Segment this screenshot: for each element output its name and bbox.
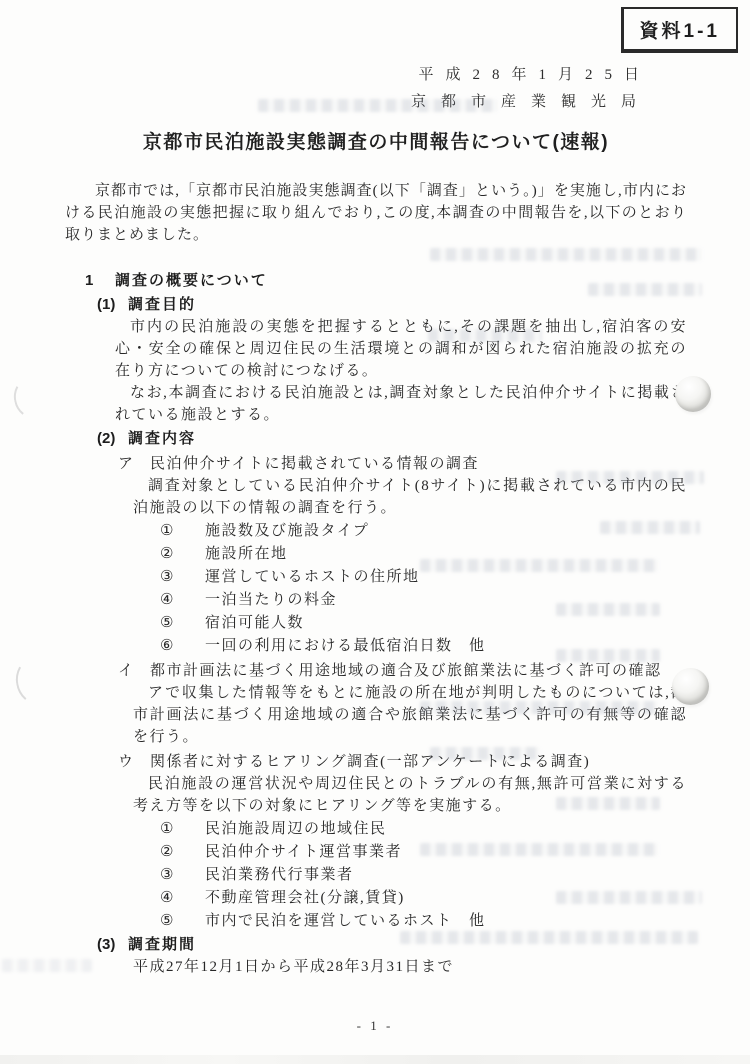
list-text: 施設所在地 xyxy=(205,543,288,565)
bleed-through-artifact xyxy=(588,283,702,296)
list-marker: ④ xyxy=(160,589,205,611)
document-page: 資料1-1 平成28年1月25日 京都市産業観光局 京都市民泊施設実態調査の中間… xyxy=(0,0,750,1064)
list-text: 宿泊可能人数 xyxy=(205,612,304,634)
list-text: 不動産管理会社(分譲,賃貸) xyxy=(205,887,405,909)
bleed-through-artifact xyxy=(556,649,660,662)
item-i-heading: イ 都市計画法に基づく用途地域の適合及び旅館業法に基づく許可の確認 xyxy=(118,660,687,682)
list-text: 一泊当たりの料金 xyxy=(205,589,337,611)
item-u-heading: ウ 関係者に対するヒアリング調査(一部アンケートによる調査) xyxy=(118,751,687,773)
list-text: 民泊仲介サイト運営事業者 xyxy=(205,841,402,863)
bleed-through-artifact xyxy=(556,891,702,904)
subsection-1-label: (1) xyxy=(97,294,128,316)
list-item: ①民泊施設周辺の地域住民 xyxy=(160,817,687,840)
subsection-3-title: 調査期間 xyxy=(128,934,196,956)
purpose-paragraph-1: 市内の民泊施設の実態を把握するとともに,その課題を抽出し,宿泊客の安心・安全の確… xyxy=(115,316,687,382)
bleed-through-artifact xyxy=(430,747,540,760)
hole-punch-outline xyxy=(12,655,57,707)
bleed-through-artifact xyxy=(420,701,658,714)
survey-period-text: 平成27年12月1日から平成28年3月31日まで xyxy=(133,956,687,978)
doc-label-box: 資料1-1 xyxy=(621,7,738,53)
list-marker: ⑤ xyxy=(160,910,205,932)
bleed-through-artifact xyxy=(600,521,700,534)
list-item: ⑤市内で民泊を運営しているホスト 他 xyxy=(160,909,687,932)
doc-label: 資料1-1 xyxy=(640,21,720,42)
item-u-body: 民泊施設の運営状況や周辺住民とのトラブルの有無,無許可営業に対する考え方等を以下… xyxy=(133,773,687,817)
list-marker: ④ xyxy=(160,887,205,909)
document-date: 平成28年1月25日 xyxy=(65,62,651,89)
item-a-kana: ア xyxy=(118,453,150,475)
bleed-through-artifact xyxy=(420,843,658,856)
bleed-through-artifact xyxy=(420,559,658,572)
subsection-2-heading: (2) 調査内容 xyxy=(97,428,687,450)
list-marker: ③ xyxy=(160,566,205,588)
scan-edge-artifact xyxy=(0,1055,750,1064)
bleed-through-artifact xyxy=(258,99,498,112)
list-text: 運営しているホストの住所地 xyxy=(205,566,420,588)
item-i-body: アで収集した情報等をもとに施設の所在地が判明したものについては,都市計画法に基づ… xyxy=(133,682,687,748)
section-1-number: 1 xyxy=(85,270,115,292)
subsection-3-label: (3) xyxy=(97,934,128,956)
page-number: - 1 - xyxy=(0,1018,750,1034)
bleed-through-artifact xyxy=(400,931,698,944)
subsection-2-title: 調査内容 xyxy=(128,428,196,450)
list-text: 市内で民泊を運営しているホスト 他 xyxy=(205,910,486,932)
list-marker: ⑥ xyxy=(160,635,205,657)
hole-punch-mark xyxy=(675,376,711,412)
bleed-through-artifact xyxy=(556,797,660,810)
list-marker: ① xyxy=(160,818,205,840)
list-marker: ① xyxy=(160,520,205,542)
list-text: 一回の利用における最低宿泊日数 他 xyxy=(205,635,486,657)
item-a-title: 民泊仲介サイトに掲載されている情報の調査 xyxy=(150,453,479,475)
item-i-kana: イ xyxy=(118,660,150,682)
item-i-title: 都市計画法に基づく用途地域の適合及び旅館業法に基づく許可の確認 xyxy=(150,660,662,682)
subsection-1-heading: (1) 調査目的 xyxy=(97,294,687,316)
subsection-1-title: 調査目的 xyxy=(128,294,196,316)
bleed-through-artifact xyxy=(428,329,542,342)
item-u-kana: ウ xyxy=(118,751,150,773)
list-text: 民泊施設周辺の地域住民 xyxy=(205,818,387,840)
intro-paragraph: 京都市では,「京都市民泊施設実態調査(以下「調査」という。)」を実施し,市内にお… xyxy=(65,180,687,246)
subsection-2-label: (2) xyxy=(97,428,128,450)
item-a-list: ①施設数及び施設タイプ ②施設所在地 ③運営しているホストの住所地 ④一泊当たり… xyxy=(160,519,687,657)
list-marker: ⑤ xyxy=(160,612,205,634)
bleed-through-artifact xyxy=(2,959,92,972)
list-text: 施設数及び施設タイプ xyxy=(205,520,369,542)
bleed-through-artifact xyxy=(556,603,660,616)
list-marker: ② xyxy=(160,543,205,565)
list-marker: ② xyxy=(160,841,205,863)
hole-punch-mark xyxy=(672,668,709,705)
list-item: ③民泊業務代行事業者 xyxy=(160,863,687,886)
bleed-through-artifact xyxy=(430,248,702,261)
item-u-list: ①民泊施設周辺の地域住民 ②民泊仲介サイト運営事業者 ③民泊業務代行事業者 ④不… xyxy=(160,817,687,932)
page-title: 京都市民泊施設実態調査の中間報告について(速報) xyxy=(65,130,687,156)
list-marker: ③ xyxy=(160,864,205,886)
purpose-paragraph-2: なお,本調査における民泊施設とは,調査対象とした民泊仲介サイトに掲載されている施… xyxy=(115,382,687,426)
bleed-through-artifact xyxy=(556,471,704,484)
list-text: 民泊業務代行事業者 xyxy=(205,864,354,886)
hole-punch-outline xyxy=(10,375,52,421)
section-1-title: 調査の概要について xyxy=(115,270,268,292)
